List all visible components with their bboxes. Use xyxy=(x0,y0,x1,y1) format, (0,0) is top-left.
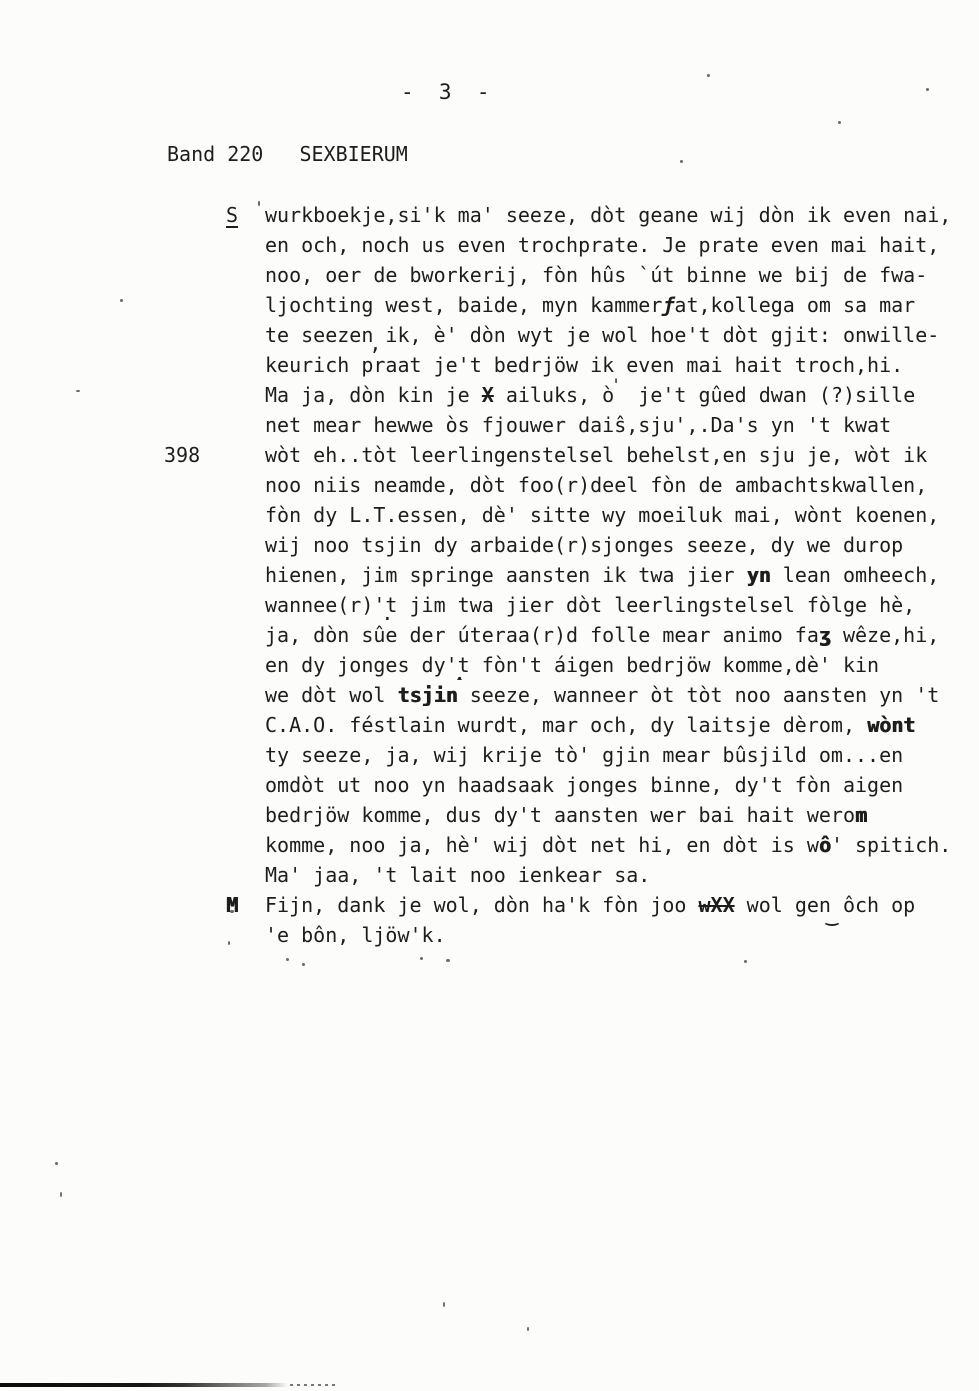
transcript-line: Ma ja, dòn kin je X ailuks, ò' je't gûed… xyxy=(0,380,979,410)
scan-speck xyxy=(76,390,80,392)
line-text: bedrjöw komme, dus dy't aansten wer bai … xyxy=(265,800,867,830)
line-text: keurich praat je't bedrjöw ik even mai h… xyxy=(265,350,903,380)
transcript-line: omdòt ut noo yn haadsaak jonges binne, d… xyxy=(0,770,979,800)
margin-label: M xyxy=(226,890,238,920)
page-number: - 3 - xyxy=(401,80,490,104)
transcript-line: te seezen, ik, è' dòn wyt je wol hoe't d… xyxy=(0,320,979,350)
line-text: komme, noo ja, hè' wij dòt net hi, en dò… xyxy=(265,830,951,860)
scan-speck xyxy=(838,121,841,124)
line-text: Fijn, dank je wol, dòn ha'k fòn joo wXX … xyxy=(265,890,915,920)
line-text: noo niis neamde, dòt foo(r)deel fòn de a… xyxy=(265,470,927,500)
scan-speck xyxy=(527,1327,529,1331)
line-text: wòt eh..tòt leerlingenstelsel behelst,en… xyxy=(265,440,927,470)
transcript-line: MFijn, dank je wol, dòn ha'k fòn joo wXX… xyxy=(0,890,979,920)
scan-speck xyxy=(707,74,710,77)
line-text: net mear hewwe òs fjouwer daiŝ,sju',.Da'… xyxy=(265,410,891,440)
transcript-line: keurich praat je't bedrjöw ik even mai h… xyxy=(0,350,979,380)
scan-speck xyxy=(286,958,289,961)
scan-line xyxy=(0,1383,288,1387)
transcript-line: 'e bôn, ljöw'k. xyxy=(0,920,979,950)
scan-speck xyxy=(680,160,683,163)
line-text: omdòt ut noo yn haadsaak jonges binne, d… xyxy=(265,770,903,800)
line-text: ja, dòn sûe der úteraa(r)d folle mear an… xyxy=(265,620,939,650)
transcript-line: noo, oer de bworkerij, fòn hûs `út binne… xyxy=(0,260,979,290)
line-text: te seezen, ik, è' dòn wyt je wol hoe't d… xyxy=(265,320,939,350)
transcript-line: hienen, jim springe aansten ik twa jier … xyxy=(0,560,979,590)
margin-label: 398 xyxy=(164,440,200,470)
document-page: - 3 - Band 220 SEXBIERUM Swurkboekje,si'… xyxy=(0,0,979,1391)
band-title: Band 220 SEXBIERUM xyxy=(167,142,408,166)
transcript-line: C.A.O. féstlain wurdt, mar och, dy laits… xyxy=(0,710,979,740)
transcript-line: ljochting west, baide, myn kammerƒat,kol… xyxy=(0,290,979,320)
line-text: ty seeze, ja, wij krije tò' gjin mear bû… xyxy=(265,740,903,770)
scan-speck xyxy=(443,1302,445,1307)
scan-speck xyxy=(60,1192,62,1197)
line-text: Ma ja, dòn kin je X ailuks, ò' je't gûed… xyxy=(265,380,915,412)
transcript-line: net mear hewwe òs fjouwer daiŝ,sju',.Da'… xyxy=(0,410,979,440)
transcript-line: fòn dy L.T.essen, dè' sitte wy moeiluk m… xyxy=(0,500,979,530)
scan-speck xyxy=(744,960,747,963)
scan-speck xyxy=(230,910,234,913)
scan-speck xyxy=(420,957,423,960)
transcript-line: en och, noch us even trochprate. Je prat… xyxy=(0,230,979,260)
line-text: wurkboekje,si'k ma' seeze, dòt geane wij… xyxy=(265,200,951,230)
transcript-line: en dy jonges dy'.t fòn't áigen bedrjöw k… xyxy=(0,650,979,680)
transcript-line: we dòt wol tsjinˆ seeze, wanneer òt tòt … xyxy=(0,680,979,710)
margin-label: S xyxy=(226,200,238,230)
line-text: hienen, jim springe aansten ik twa jier … xyxy=(265,560,939,590)
line-text: wij noo tsjin dy arbaide(r)sjonges seeze… xyxy=(265,530,903,560)
scan-speck xyxy=(926,88,929,91)
transcript-line: wij noo tsjin dy arbaide(r)sjonges seeze… xyxy=(0,530,979,560)
transcript-line: ty seeze, ja, wij krije tò' gjin mear bû… xyxy=(0,740,979,770)
line-text: fòn dy L.T.essen, dè' sitte wy moeiluk m… xyxy=(265,500,939,530)
transcript-line: wannee(r)'.t jim twa jier dòt leerlingst… xyxy=(0,590,979,620)
line-text: 'e bôn, ljöw'k. xyxy=(265,920,446,950)
scan-line-dashes xyxy=(290,1384,336,1386)
transcript-line: bedrjöw komme, dus dy't aansten wer bai … xyxy=(0,800,979,830)
transcript-line: 398wòt eh..tòt leerlingenstelsel behelst… xyxy=(0,440,979,470)
scan-speck xyxy=(55,1162,58,1165)
transcript-line: ja, dòn sûe der úteraa(r)d folle mear an… xyxy=(0,620,979,650)
transcript-line: Swurkboekje,si'k ma' seeze, dòt geane wi… xyxy=(0,200,979,230)
line-text: we dòt wol tsjinˆ seeze, wanneer òt tòt … xyxy=(265,680,939,712)
transcript: Swurkboekje,si'k ma' seeze, dòt geane wi… xyxy=(0,200,979,950)
scan-speck xyxy=(120,299,123,302)
scan-speck xyxy=(228,941,230,945)
line-text: noo, oer de bworkerij, fòn hûs `út binne… xyxy=(265,260,927,290)
scan-speck xyxy=(446,959,450,962)
transcript-line: noo niis neamde, dòt foo(r)deel fòn de a… xyxy=(0,470,979,500)
line-text: wannee(r)'.t jim twa jier dòt leerlingst… xyxy=(265,590,915,620)
line-text: en dy jonges dy'.t fòn't áigen bedrjöw k… xyxy=(265,650,879,680)
line-text: ljochting west, baide, myn kammerƒat,kol… xyxy=(265,290,915,320)
line-text: en och, noch us even trochprate. Je prat… xyxy=(265,230,939,260)
scan-speck xyxy=(258,201,260,206)
transcript-line: Ma' jaa, 't lait noo ienkear sa. xyxy=(0,860,979,890)
line-text: Ma' jaa, 't lait noo ienkear sa. xyxy=(265,860,650,890)
transcript-line: komme, noo ja, hè' wij dòt net hi, en dò… xyxy=(0,830,979,860)
scan-speck xyxy=(302,963,305,966)
line-text: C.A.O. féstlain wurdt, mar och, dy laits… xyxy=(265,710,915,740)
